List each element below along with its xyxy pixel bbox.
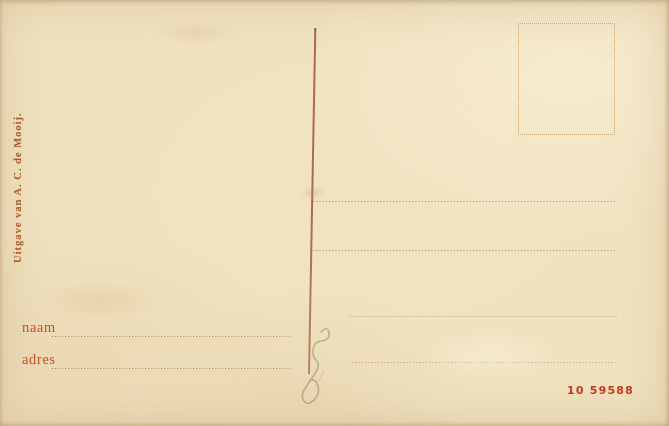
address-rule: [52, 368, 292, 369]
name-label: naam: [22, 320, 56, 337]
address-rule-1: [313, 201, 617, 202]
publisher-imprint: Uitgave van A. C. de Mooij.: [13, 112, 24, 263]
paper-blemish: [40, 280, 160, 320]
address-rule-4: [352, 362, 615, 363]
paper-blemish: [150, 20, 240, 46]
address-rule-2: [313, 250, 617, 251]
address-label: adres: [22, 352, 56, 369]
serial-number: 10 59588: [567, 384, 634, 397]
paper-blemish: [420, 330, 560, 380]
name-rule: [52, 336, 292, 337]
pencil-scribble-icon: [294, 326, 338, 404]
address-rule-3: [350, 316, 617, 317]
stamp-box-icon: [518, 23, 615, 135]
postcard-back: Uitgave van A. C. de Mooij. naam adres 1…: [0, 0, 669, 426]
